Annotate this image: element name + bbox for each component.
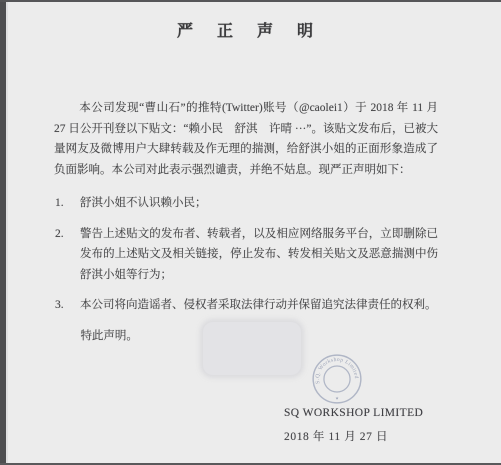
statement-date: 2018 年 11 月 27 日 xyxy=(284,428,388,444)
stamp-bottom-star: ★ xyxy=(335,395,339,400)
list-item-number: 1. xyxy=(55,193,64,214)
document-title: 严 正 声 明 xyxy=(54,20,446,44)
document-body: 本公司发现“曹山石”的推特(Twitter)账号（@caolei1）于 2018… xyxy=(54,98,438,346)
list-item-text: 警告上述贴文的发布者、转载者，以及相应网络服务平台，立即删除已发布的上述贴文及相… xyxy=(80,228,438,281)
company-name: SQ WORKSHOP LIMITED xyxy=(284,407,423,419)
company-seal-stamp: S.Q. Workshop Limited ★ xyxy=(310,352,364,406)
list-item: 3. 本公司将向造谣者、侵权者采取法律行动并保留追究法律责任的权利。 xyxy=(54,295,438,316)
list-item-number: 3. xyxy=(55,295,64,316)
list-item-number: 2. xyxy=(55,224,64,245)
scan-edge-top xyxy=(0,0,501,2)
list-item-text: 本公司将向造谣者、侵权者采取法律行动并保留追究法律责任的权利。 xyxy=(80,299,437,311)
intro-paragraph: 本公司发现“曹山石”的推特(Twitter)账号（@caolei1）于 2018… xyxy=(54,98,438,180)
scan-edge-left xyxy=(0,0,6,465)
list-item: 2. 警告上述贴文的发布者、转载者，以及相应网络服务平台，立即删除已发布的上述贴… xyxy=(54,224,438,286)
statement-document: 严 正 声 明 本公司发现“曹山石”的推特(Twitter)账号（@caolei… xyxy=(54,0,446,461)
redacted-signature-box xyxy=(203,322,301,375)
list-item: 1. 舒淇小姐不认识赖小民； xyxy=(54,193,438,214)
declaration-list: 1. 舒淇小姐不认识赖小民； 2. 警告上述贴文的发布者、转载者，以及相应网络服… xyxy=(54,193,438,316)
list-item-text: 舒淇小姐不认识赖小民； xyxy=(80,197,207,209)
